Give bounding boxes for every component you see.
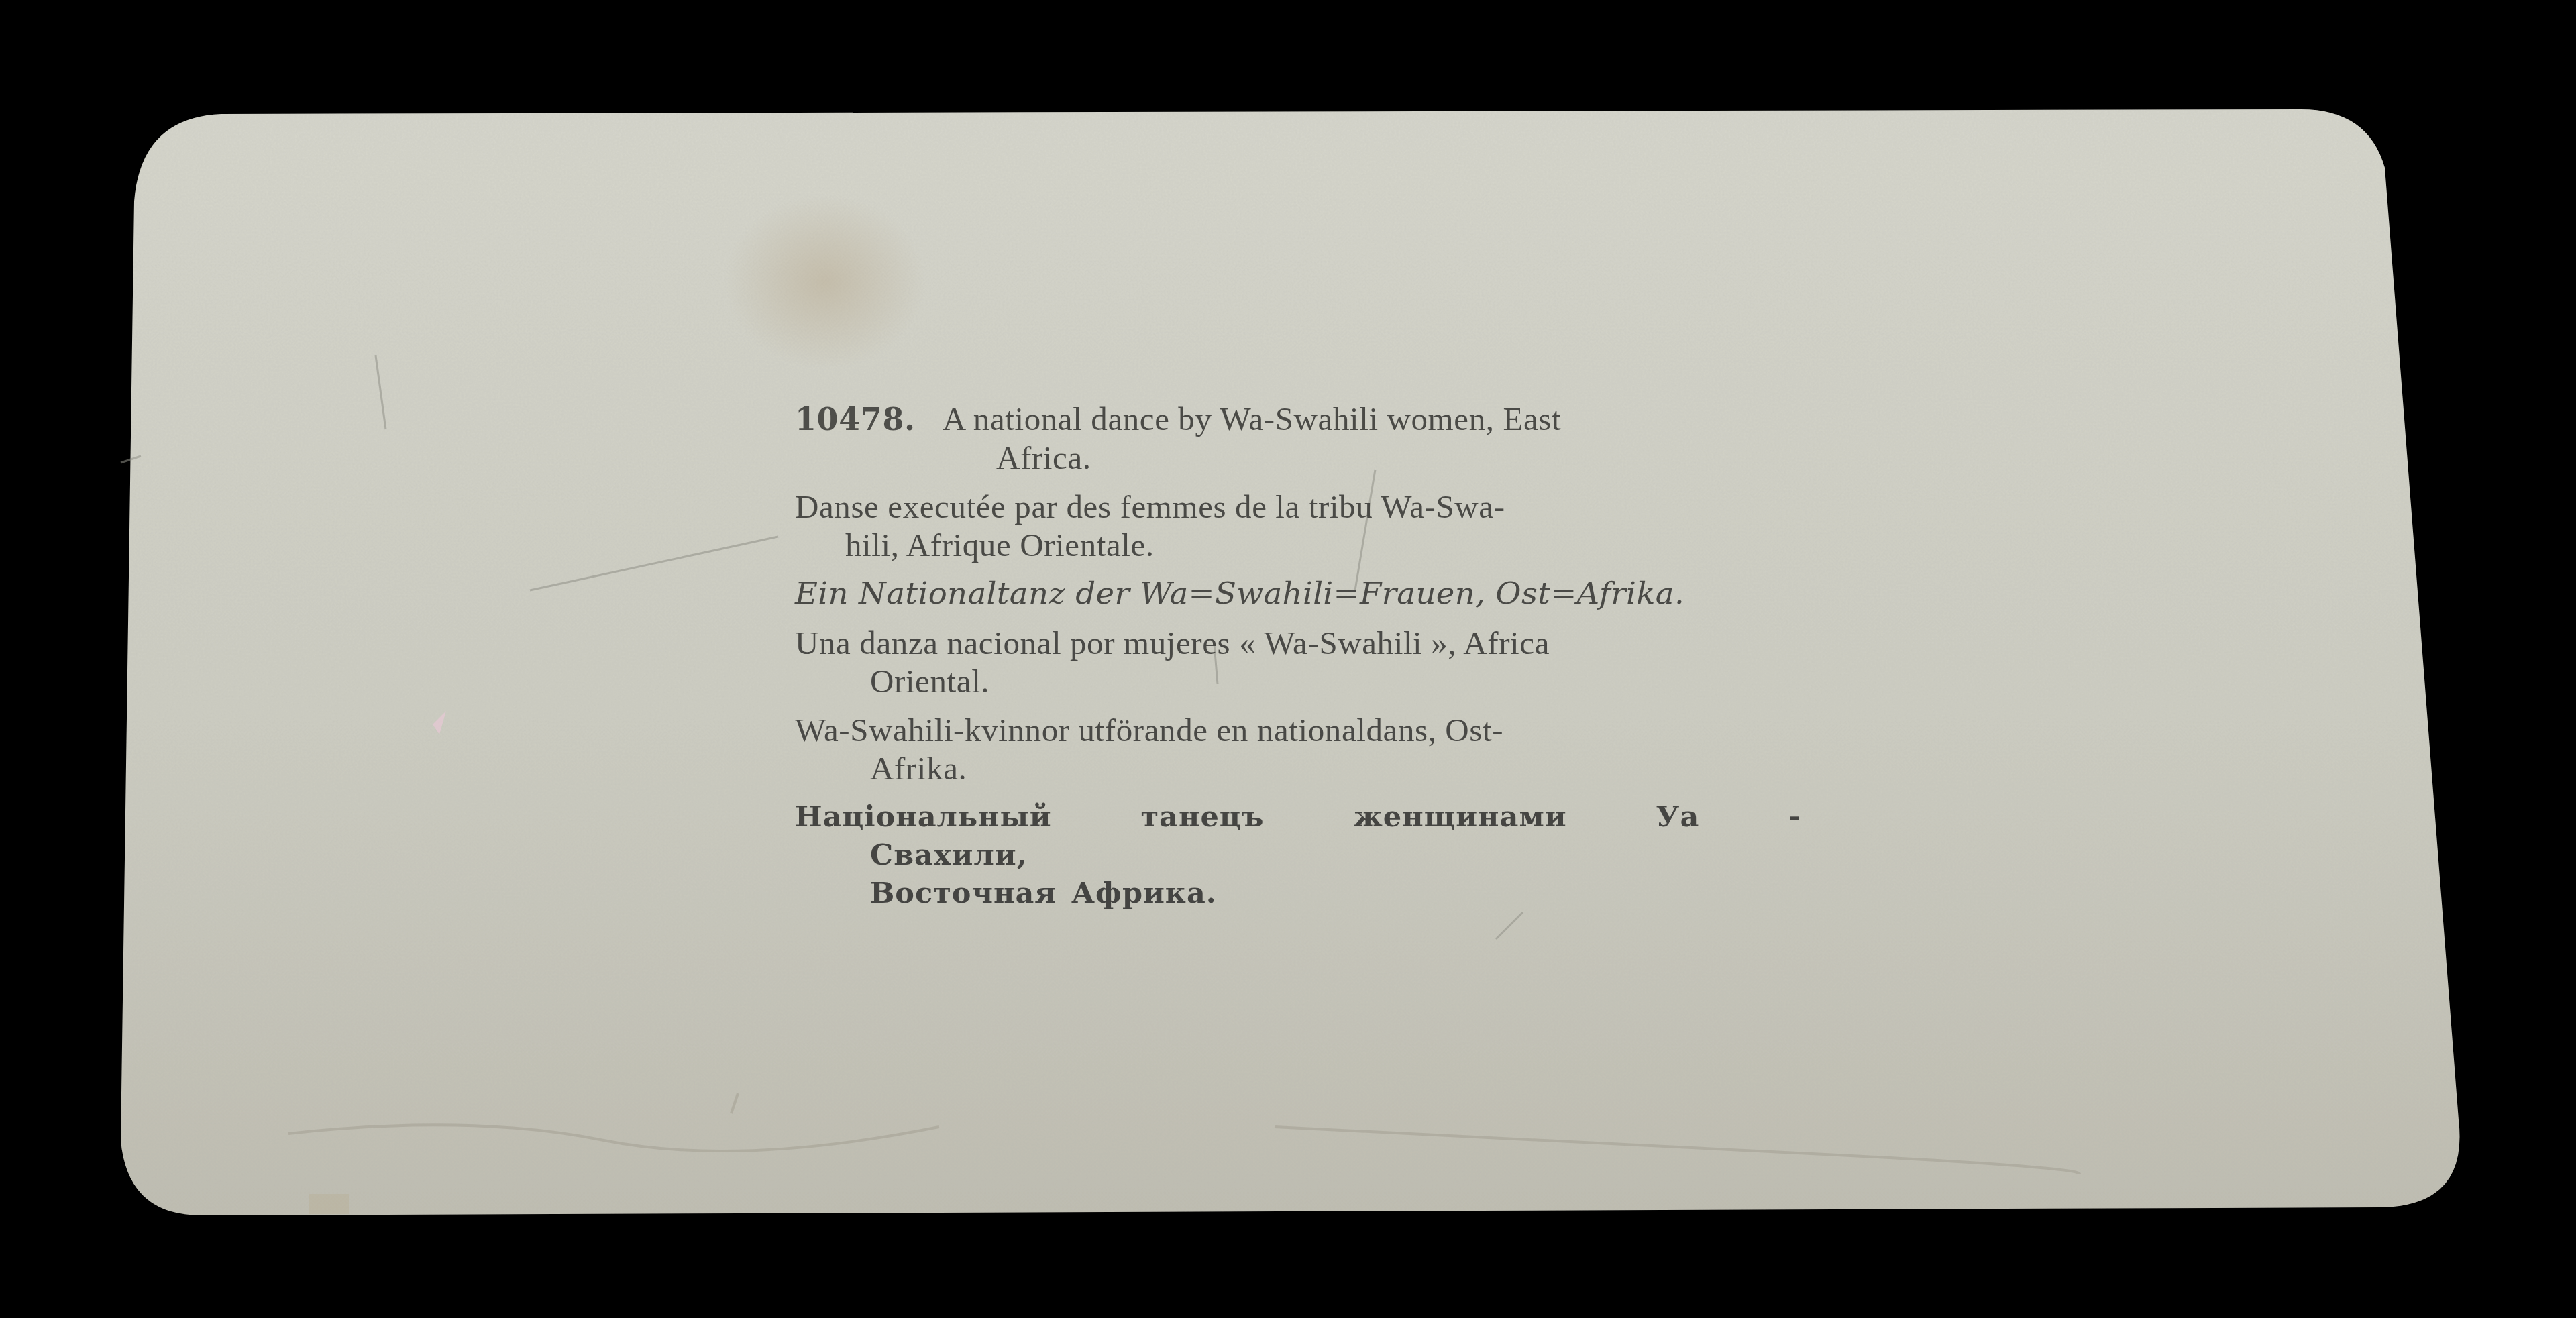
caption-russian: Національный танецъ женщинами Уа - Свахи… <box>795 798 1801 913</box>
catalog-number: 10478. <box>795 401 916 437</box>
caption-english-line2: Africa. <box>996 439 1091 476</box>
caption-german: Ein Nationaltanz der Wa=Swahili=Frauen, … <box>795 575 1877 613</box>
caption-russian-line1: Національный танецъ женщинами Уа - Свахи… <box>795 800 1801 872</box>
caption-spanish: Una danza nacional por mujeres « Wa-Swah… <box>795 624 1801 700</box>
caption-swedish: Wa-Swahili-kvinnor utförande en national… <box>795 711 1801 787</box>
caption-swedish-line2: Afrika. <box>870 750 967 787</box>
stereoview-card-back: 10478.A national dance by Wa-Swahili wom… <box>0 0 2576 1318</box>
caption-english: 10478.A national dance by Wa-Swahili wom… <box>795 400 1801 477</box>
caption-french: Danse executée par des femmes de la trib… <box>795 488 1801 564</box>
caption-block: 10478.A national dance by Wa-Swahili wom… <box>795 400 1801 924</box>
caption-german-line1: Ein Nationaltanz der Wa=Swahili=Frauen, … <box>795 577 1684 611</box>
caption-french-line2: hili, Afrique Orientale. <box>845 527 1155 563</box>
caption-english-line1: A national dance by Wa-Swahili women, Ea… <box>943 400 1562 437</box>
caption-spanish-line2: Oriental. <box>870 663 989 700</box>
caption-french-line1: Danse executée par des femmes de la trib… <box>795 488 1505 525</box>
caption-russian-line2: Восточная Африка. <box>870 877 1217 910</box>
caption-spanish-line1: Una danza nacional por mujeres « Wa-Swah… <box>795 624 1550 661</box>
caption-swedish-line1: Wa-Swahili-kvinnor utförande en national… <box>795 712 1503 749</box>
